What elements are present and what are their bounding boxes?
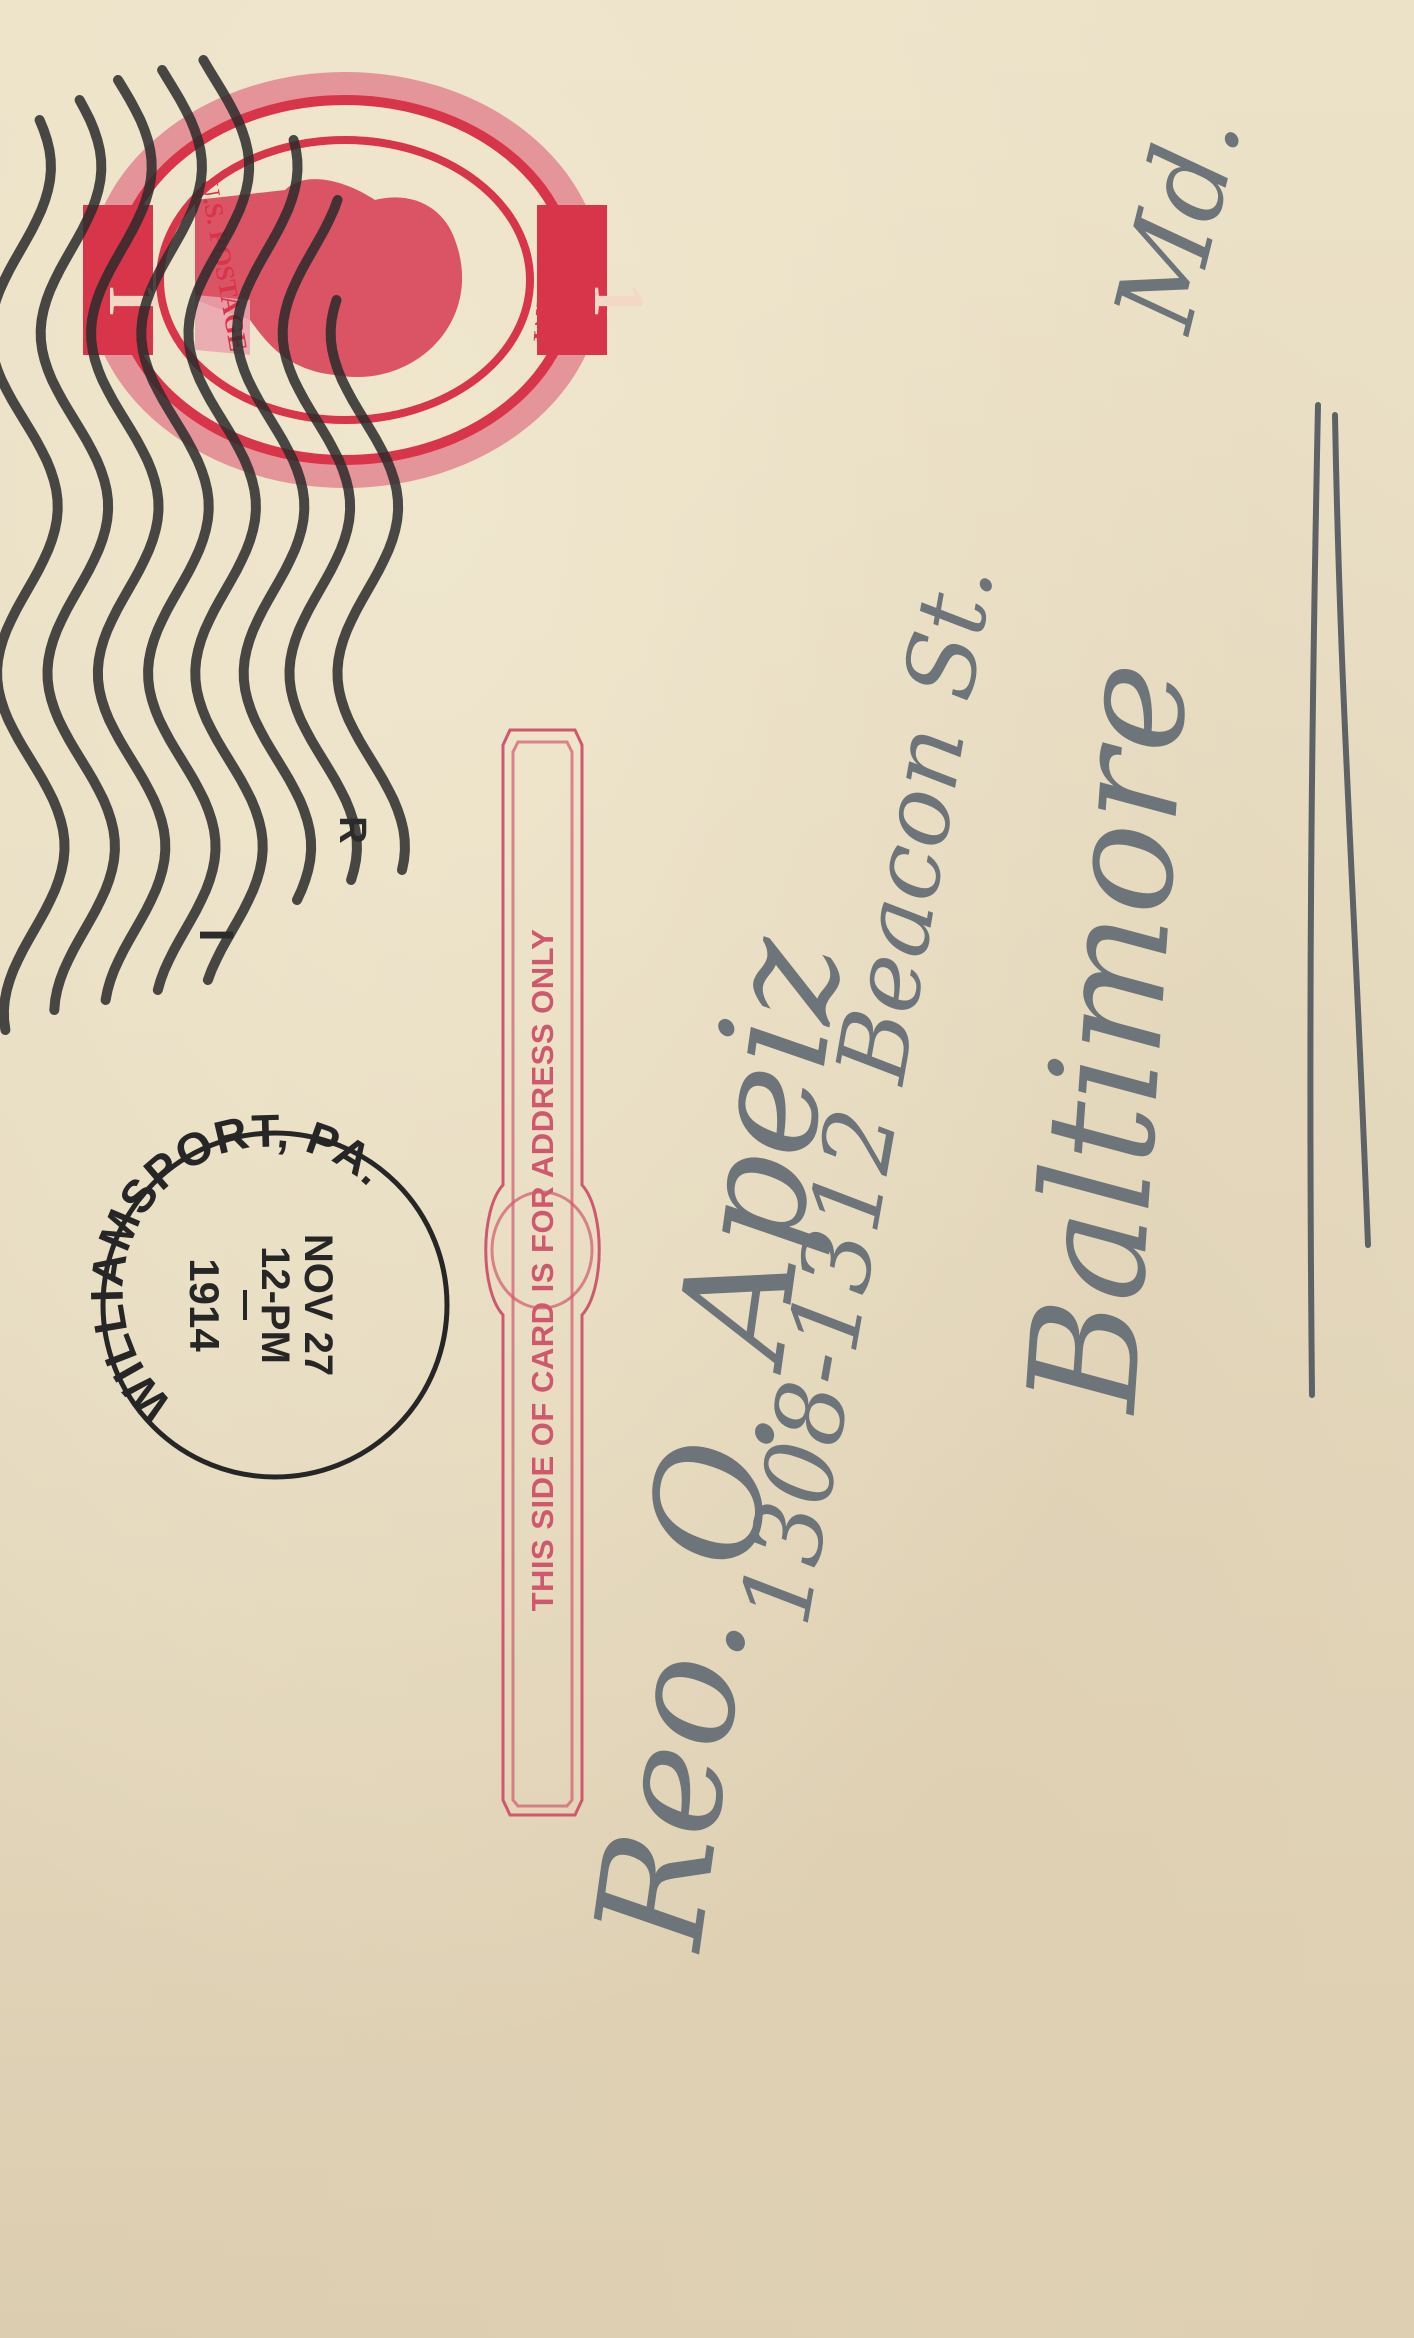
postcard: 1 1 U.S. POSTAGE ONE CENT I R WILLIAMSPO… xyxy=(0,0,1414,2338)
handwritten-address: Reo. O. Apeiz 1308-1312 Beacon St. Balti… xyxy=(0,0,1414,2338)
address-line-city: Baltimore xyxy=(996,657,1222,1419)
address-underline xyxy=(1310,405,1368,1395)
address-line-state: Md. xyxy=(1089,100,1266,344)
